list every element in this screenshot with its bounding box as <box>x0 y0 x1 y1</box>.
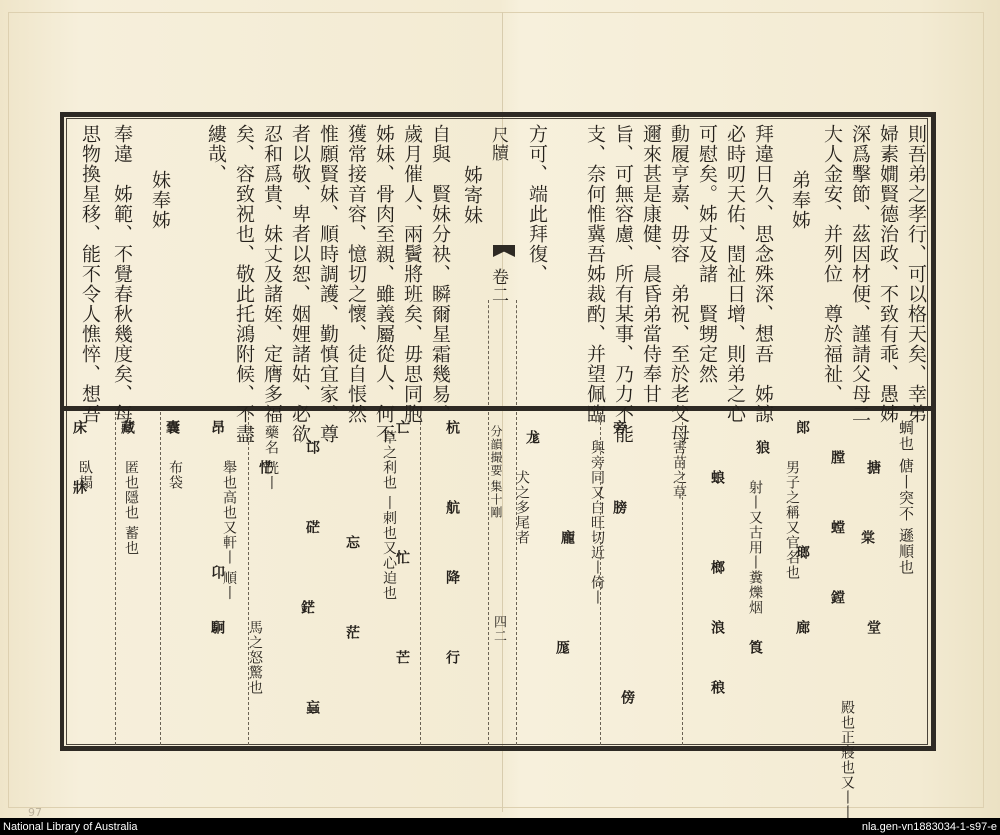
text-column: 婦素嫺賢德治政、不致有乖、愚姊 <box>878 124 897 424</box>
column-rule <box>682 412 683 745</box>
text-column: 必時叨天佑、閏祉日增、則弟之心 <box>725 124 744 424</box>
dict-headword: 廊 <box>795 620 809 635</box>
text-column: 縷哉、 <box>206 124 225 184</box>
letter-heading: 姊寄妹 <box>462 165 481 225</box>
column-rule <box>420 412 421 745</box>
text-column: 旨、可無容慮、所有某事、乃力不能 <box>613 124 632 444</box>
text-column: 深爲擊節、茲因材便、謹請父母二 <box>850 124 869 424</box>
dict-headword: 旁 <box>612 420 626 435</box>
dict-headword: 卬 <box>210 565 224 580</box>
column-rule <box>600 412 601 745</box>
footer-library-name: National Library of Australia <box>3 821 138 833</box>
dict-headword: 瑯 <box>795 545 809 560</box>
letter-heading: 妹奉姊 <box>150 170 169 230</box>
text-column: 忍和爲貴、妹丈及諸姪、定膺多福 <box>262 124 281 424</box>
dict-gloss: 馬之怒驚也 <box>248 620 262 695</box>
text-column: 者以敬、卑者以恕、姻娌諸姑、必欲 <box>290 124 309 444</box>
dict-headword: 邙 <box>305 440 319 455</box>
dict-gloss: 匿也隱也 蓄也 <box>124 460 138 555</box>
dict-headword: 囊 <box>165 420 179 435</box>
column-rule <box>488 412 489 745</box>
column-rule <box>248 412 249 745</box>
volume-label: 卷二 <box>489 268 506 304</box>
dict-headword: 棠 <box>860 530 874 545</box>
dict-headword: 搪 <box>866 460 880 475</box>
text-column: 矣、容致祝也、敬此托鴻附候、不盡 <box>234 124 253 444</box>
dict-headword: 昂 <box>210 420 224 435</box>
dict-headword: 忘 <box>345 535 359 550</box>
lower-section: 集十剛 <box>490 480 502 519</box>
dict-gloss: 藥名 恍丨 <box>264 425 278 490</box>
dict-headword: 膀 <box>612 500 626 515</box>
text-column: 奉違 姊範、不覺春秋幾度矣、每 <box>112 124 131 424</box>
dict-headword: 牀 <box>72 480 86 495</box>
dict-headword: 鋩 <box>300 600 314 615</box>
dict-headword: 蝱 <box>305 700 319 715</box>
text-column: 邇來甚是康健、晨昏弟當侍奉甘 <box>641 124 660 404</box>
page-number: 四二 <box>492 615 505 643</box>
text-column: 惟願賢妹、順時調護、勤慎宜家、尊 <box>318 124 337 444</box>
dict-headword: 航 <box>445 500 459 515</box>
dict-gloss: 犬之多尾者 <box>515 470 529 545</box>
column-rule <box>160 412 161 745</box>
dict-headword: 茫 <box>345 625 359 640</box>
text-column: 可慰矣。姊丈及諸 賢甥定然 <box>697 124 716 384</box>
dict-gloss: 殿也正寢也又丨丨 <box>840 700 854 820</box>
footer-bar: National Library of Australia nla.gen-vn… <box>0 818 1000 835</box>
dict-headword: 駉 <box>210 620 224 635</box>
dict-headword: 藏 <box>120 420 134 435</box>
text-column: 自與 賢妹分袂、瞬爾星霜幾易、 <box>430 124 449 424</box>
dict-headword: 尨 <box>525 430 539 445</box>
dict-headword: 忙 <box>395 550 409 565</box>
text-column: 歲月催人、兩鬢將班矣、毋思同胞 <box>402 124 421 424</box>
text-column: 支、奈何惟冀吾姊裁酌、并望佩臨 <box>585 124 604 424</box>
text-column: 思物換星移、能不令人憔悴、想吾 <box>80 124 99 424</box>
dict-headword: 螳 <box>830 520 844 535</box>
footer-identifier: nla.gen-vn1883034-1-s97-e <box>862 821 997 833</box>
column-rule <box>488 300 489 405</box>
dict-headword: 浪 <box>710 620 724 635</box>
column-rule <box>516 412 517 745</box>
dict-gloss: 射丨又古用丨糞爍烟 <box>748 480 762 615</box>
dict-headword: 硭 <box>305 520 319 535</box>
dict-gloss: 與旁同又白旺切近丨倚丨 <box>590 440 604 605</box>
dict-headword: 狼 <box>755 440 769 455</box>
dict-headword: 龐 <box>560 530 574 545</box>
dict-gloss: 布袋 <box>168 460 182 490</box>
dict-headword: 榔 <box>710 560 724 575</box>
dict-headword: 蜋 <box>710 470 724 485</box>
dict-headword: 床 <box>72 420 86 435</box>
text-column: 動履亨嘉、毋容 弟祝、至於老父母 <box>669 124 688 444</box>
text-column: 拜違日久、思念殊深、想吾 姊諒 <box>753 124 772 424</box>
dict-headword: 郎 <box>795 420 809 435</box>
text-column: 則吾弟之孝行、可以格天矣、幸弟 <box>906 124 925 424</box>
dict-gloss: 男子之稱又官名也 <box>785 460 799 580</box>
text-column: 獲常接音容、憶切之懷、徒自悵然 <box>346 124 365 424</box>
dict-headword: 稂 <box>710 680 724 695</box>
dict-headword: 降 <box>445 570 459 585</box>
dict-headword: 杭 <box>445 420 459 435</box>
dict-headword: 亡 <box>395 420 409 435</box>
dict-headword: 行 <box>445 650 459 665</box>
dict-headword: 膛 <box>830 450 844 465</box>
dict-column: 蜩也 傏丨突不 遜順也 <box>898 420 913 576</box>
dict-headword: 堂 <box>866 620 880 635</box>
dict-headword: 筤 <box>748 640 762 655</box>
dict-headword: 芒 <box>395 650 409 665</box>
column-rule <box>516 300 517 405</box>
dict-headword: 鏜 <box>830 590 844 605</box>
dict-headword: 傍 <box>620 690 634 705</box>
lower-title: 分韻撮要 <box>490 425 502 477</box>
letter-heading: 弟奉姊 <box>790 170 809 230</box>
dict-headword: 厖 <box>555 640 569 655</box>
column-rule <box>115 412 116 745</box>
text-column: 方可、端此拜復、 <box>527 124 546 284</box>
book-title: 尺牘 <box>489 126 506 162</box>
text-column: 大人金安、并列位 尊於福祉、 <box>822 124 841 404</box>
dict-gloss: 害苗之草 <box>672 440 686 500</box>
text-column: 姊妹、骨肉至親、雖義屬從人、何不 <box>374 124 393 444</box>
dict-gloss: 草之利也 丨刺也又心迫也 <box>382 430 396 600</box>
